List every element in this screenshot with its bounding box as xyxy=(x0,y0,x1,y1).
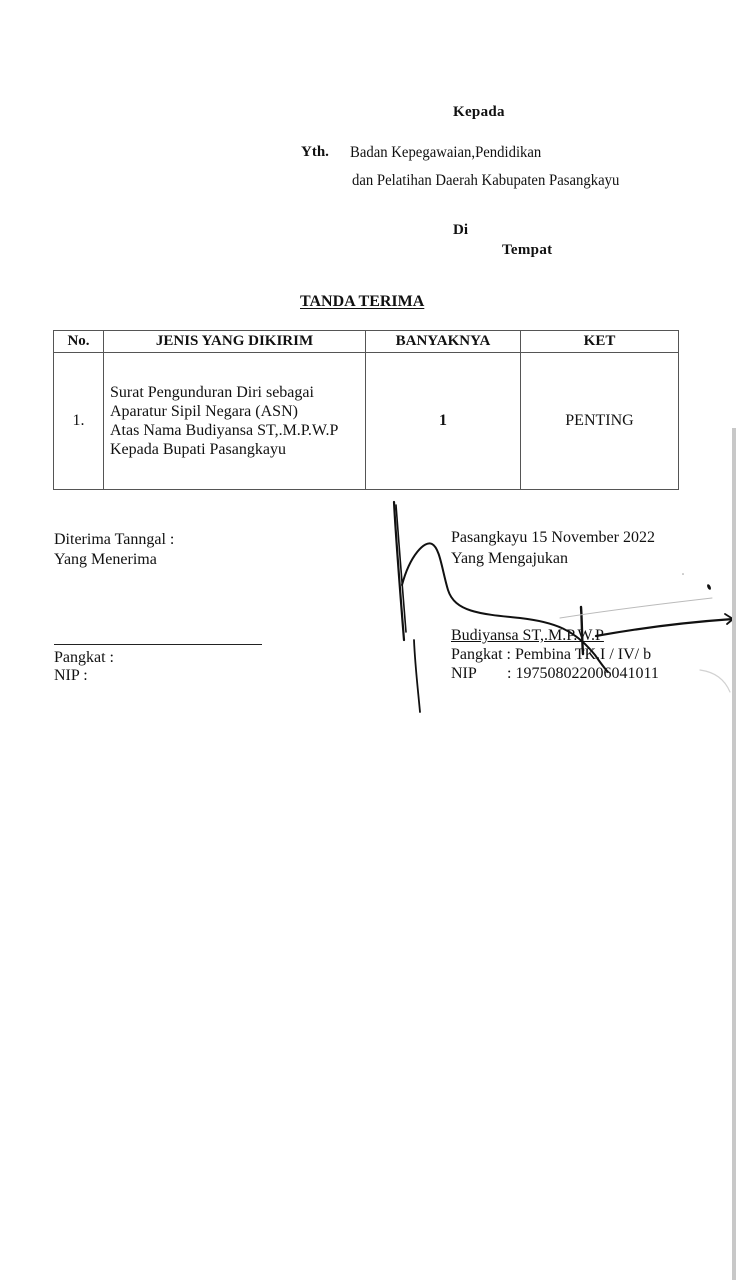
table-header-row: No. JENIS YANG DIKIRIM BANYAKNYA KET xyxy=(54,331,679,353)
scrollbar-track[interactable] xyxy=(732,428,736,1280)
recipient-line-1: Badan Kepegawaian,Pendidikan xyxy=(350,144,541,162)
address-di: Di xyxy=(453,222,468,239)
sender-rank: Pangkat : Pembina TK.I / IV/ b xyxy=(451,646,651,664)
receiver-role-label: Yang Menerima xyxy=(54,551,157,569)
jenis-line: Atas Nama Budiyansa ST,.M.P.W.P xyxy=(110,421,365,440)
address-tempat: Tempat xyxy=(502,242,552,259)
sender-role-label: Yang Mengajukan xyxy=(451,550,568,568)
recipient-line-2: dan Pelatihan Daerah Kabupaten Pasangkay… xyxy=(352,172,619,190)
salutation-yth: Yth. xyxy=(301,144,329,161)
receiver-date-label: Diterima Tanngal : xyxy=(54,531,174,549)
document-title: TANDA TERIMA xyxy=(300,293,424,311)
jenis-line: Aparatur Sipil Negara (ASN) xyxy=(110,402,365,421)
receiver-rank-label: Pangkat : xyxy=(54,649,114,667)
jenis-line: Kepada Bupati Pasangkayu xyxy=(110,440,365,459)
cell-ket: PENTING xyxy=(521,353,679,490)
receipt-table: No. JENIS YANG DIKIRIM BANYAKNYA KET 1. … xyxy=(53,330,679,490)
jenis-line: Surat Pengunduran Diri sebagai xyxy=(110,383,365,402)
receiver-nip-label: NIP : xyxy=(54,667,88,685)
cell-jenis: Surat Pengunduran Diri sebagai Aparatur … xyxy=(104,353,366,490)
sender-place-date: Pasangkayu 15 November 2022 xyxy=(451,529,655,547)
header-ket: KET xyxy=(521,331,679,353)
header-banyaknya: BANYAKNYA xyxy=(366,331,521,353)
salutation-kepada: Kepada xyxy=(453,104,505,121)
header-no: No. xyxy=(54,331,104,353)
cell-no: 1. xyxy=(54,353,104,490)
table-row: 1. Surat Pengunduran Diri sebagai Aparat… xyxy=(54,353,679,490)
sender-name: Budiyansa ST,.M.P.W.P xyxy=(451,627,604,645)
sender-nip-value: : 197508022006041011 xyxy=(507,665,659,683)
sender-nip-label: NIP xyxy=(451,665,477,683)
receiver-signature-line xyxy=(54,644,262,645)
header-jenis: JENIS YANG DIKIRIM xyxy=(104,331,366,353)
cell-banyaknya: 1 xyxy=(366,353,521,490)
handwritten-signature xyxy=(0,0,744,1280)
